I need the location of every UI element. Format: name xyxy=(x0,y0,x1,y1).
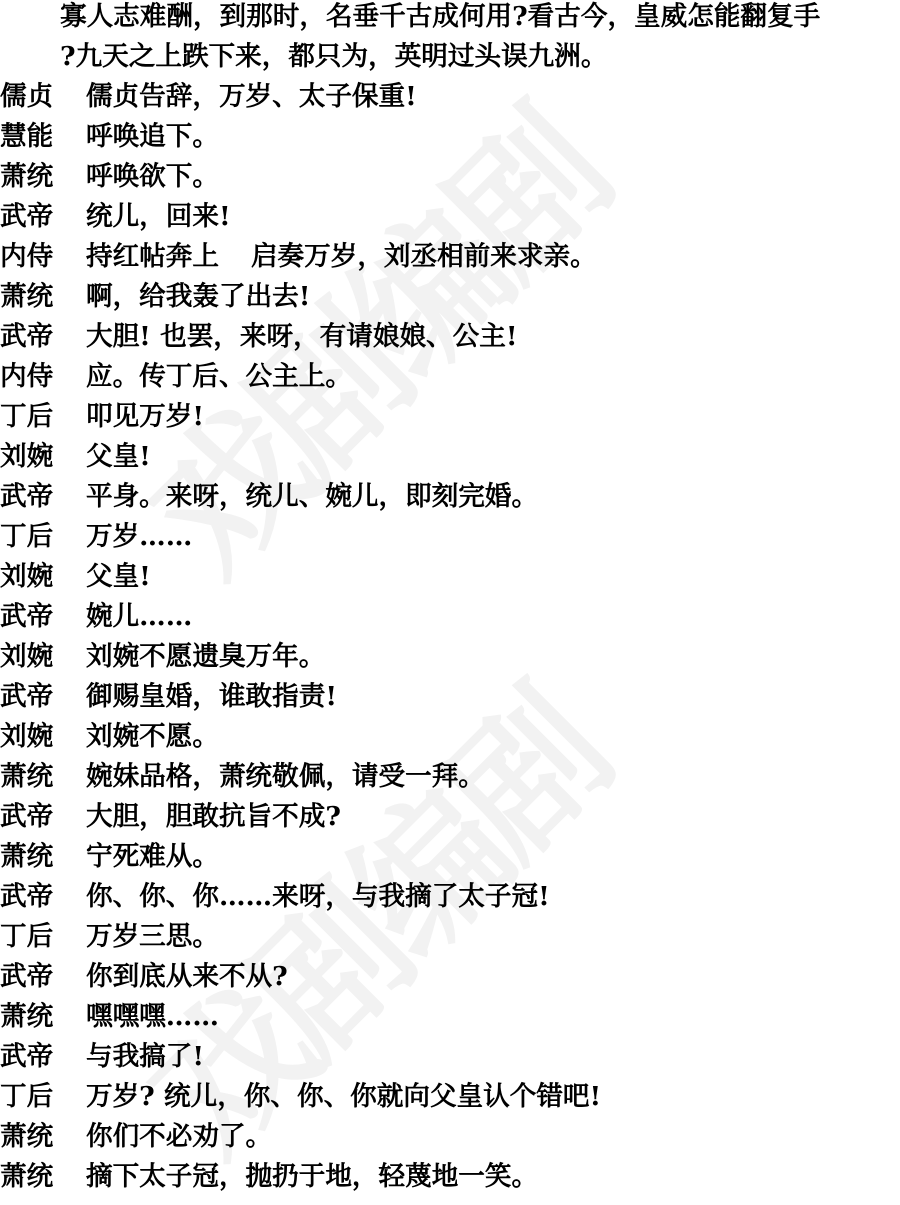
dialogue-line: 武帝大胆! 也罢，来呀，有请娘娘、公主! xyxy=(0,317,900,357)
script-page: 寡人志难酬，到那时，名垂千古成何用?看古今，皇威怎能翻复手 ?九天之上跌下来，都… xyxy=(0,0,900,1197)
dialogue-text: 大胆! 也罢，来呀，有请娘娘、公主! xyxy=(86,317,518,357)
speaker-name: 丁后 xyxy=(0,517,86,557)
dialogue-line: 丁后万岁…… xyxy=(0,517,900,557)
speaker-name: 刘婉 xyxy=(0,437,86,477)
dialogue-text: 婉妹品格，萧统敬佩，请受一拜。 xyxy=(86,757,485,797)
lyric-text: ?九天之上跌下来，都只为，英明过头误九洲。 xyxy=(60,37,607,77)
speaker-name: 武帝 xyxy=(0,1037,86,1077)
dialogue-text: 父皇! xyxy=(86,437,151,477)
speaker-name: 刘婉 xyxy=(0,637,86,677)
dialogue-line: 武帝大胆，胆敢抗旨不成? xyxy=(0,797,900,837)
dialogue-line: 内侍应。传丁后、公主上。 xyxy=(0,357,900,397)
speaker-name: 武帝 xyxy=(0,477,86,517)
dialogue-line: 武帝你、你、你……来呀，与我摘了太子冠! xyxy=(0,877,900,917)
dialogue-line: 刘婉刘婉不愿。 xyxy=(0,717,900,757)
dialogue-text: 啊，给我轰了出去! xyxy=(86,277,310,317)
dialogue-line: 萧统婉妹品格，萧统敬佩，请受一拜。 xyxy=(0,757,900,797)
dialogue-text: 与我搞了! xyxy=(86,1037,204,1077)
dialogue-line: 刘婉刘婉不愿遗臭万年。 xyxy=(0,637,900,677)
speaker-name: 武帝 xyxy=(0,797,86,837)
lyric-line: ?九天之上跌下来，都只为，英明过头误九洲。 xyxy=(0,37,900,77)
speaker-name: 丁后 xyxy=(0,397,86,437)
speaker-name: 武帝 xyxy=(0,957,86,997)
dialogue-text: 婉儿…… xyxy=(86,597,192,637)
dialogue-text: 呼唤追下。 xyxy=(86,117,219,157)
dialogue-text: 嘿嘿嘿…… xyxy=(86,997,219,1037)
dialogue-text: 大胆，胆敢抗旨不成? xyxy=(86,797,341,837)
dialogue-text: 刘婉不愿。 xyxy=(86,717,219,757)
speaker-name: 武帝 xyxy=(0,317,86,357)
speaker-name: 武帝 xyxy=(0,677,86,717)
dialogue-text: 你到底从来不从? xyxy=(86,957,288,997)
dialogue-line: 丁后叩见万岁! xyxy=(0,397,900,437)
dialogue-line: 武帝平身。来呀，统儿、婉儿，即刻完婚。 xyxy=(0,477,900,517)
dialogue-text: 万岁? 统儿，你、你、你就向父皇认个错吧! xyxy=(86,1077,601,1117)
dialogue-line: 内侍持红帖奔上启奏万岁，刘丞相前来求亲。 xyxy=(0,237,900,277)
speaker-name: 慧能 xyxy=(0,117,86,157)
dialogue-text: 万岁三思。 xyxy=(86,917,219,957)
speaker-name: 丁后 xyxy=(0,1077,86,1117)
dialogue-text: 启奏万岁，刘丞相前来求亲。 xyxy=(251,237,597,277)
dialogue-line: 萧统啊，给我轰了出去! xyxy=(0,277,900,317)
dialogue-text: 你、你、你……来呀，与我摘了太子冠! xyxy=(86,877,550,917)
dialogue-text: 叩见万岁! xyxy=(86,397,204,437)
dialogue-line: 武帝与我搞了! xyxy=(0,1037,900,1077)
speaker-name: 武帝 xyxy=(0,877,86,917)
dialogue-text: 平身。来呀，统儿、婉儿，即刻完婚。 xyxy=(86,477,538,517)
speaker-name: 刘婉 xyxy=(0,717,86,757)
dialogue-text: 你们不必劝了。 xyxy=(86,1117,272,1157)
dialogue-line: 武帝统儿，回来! xyxy=(0,197,900,237)
speaker-name: 萧统 xyxy=(0,1157,86,1197)
dialogue-text: 呼唤欲下。 xyxy=(86,157,219,197)
dialogue-line: 儒贞儒贞告辞，万岁、太子保重! xyxy=(0,77,900,117)
speaker-name: 萧统 xyxy=(0,1117,86,1157)
dialogue-line: 萧统你们不必劝了。 xyxy=(0,1117,900,1157)
dialogue-text: 刘婉不愿遗臭万年。 xyxy=(86,637,325,677)
lyric-text: 寡人志难酬，到那时，名垂千古成何用?看古今，皇威怎能翻复手 xyxy=(60,0,820,37)
speaker-name: 内侍 xyxy=(0,237,86,277)
dialogue-text: 父皇! xyxy=(86,557,151,597)
speaker-name: 萧统 xyxy=(0,157,86,197)
speaker-name: 萧统 xyxy=(0,277,86,317)
dialogue-line: 萧统呼唤欲下。 xyxy=(0,157,900,197)
dialogue-text: 御赐皇婚，谁敢指责! xyxy=(86,677,337,717)
lyric-line: 寡人志难酬，到那时，名垂千古成何用?看古今，皇威怎能翻复手 xyxy=(0,0,900,37)
speaker-name: 萧统 xyxy=(0,757,86,797)
dialogue-text: 统儿，回来! xyxy=(86,197,231,237)
dialogue-line: 萧统宁死难从。 xyxy=(0,837,900,877)
dialogue-text: 应。传丁后、公主上。 xyxy=(86,357,352,397)
dialogue-line: 武帝你到底从来不从? xyxy=(0,957,900,997)
dialogue-line: 刘婉父皇! xyxy=(0,557,900,597)
speaker-name: 内侍 xyxy=(0,357,86,397)
speaker-name: 萧统 xyxy=(0,837,86,877)
dialogue-line: 萧统摘下太子冠，抛扔于地，轻蔑地一笑。 xyxy=(0,1157,900,1197)
dialogue-line: 武帝御赐皇婚，谁敢指责! xyxy=(0,677,900,717)
dialogue-line: 丁后万岁? 统儿，你、你、你就向父皇认个错吧! xyxy=(0,1077,900,1117)
dialogue-text: 儒贞告辞，万岁、太子保重! xyxy=(86,77,417,117)
speaker-name: 儒贞 xyxy=(0,77,86,117)
dialogue-line: 慧能呼唤追下。 xyxy=(0,117,900,157)
speaker-name: 萧统 xyxy=(0,997,86,1037)
dialogue-line: 丁后万岁三思。 xyxy=(0,917,900,957)
dialogue-text: 摘下太子冠，抛扔于地，轻蔑地一笑。 xyxy=(86,1157,538,1197)
dialogue-line: 刘婉父皇! xyxy=(0,437,900,477)
dialogue-line: 萧统嘿嘿嘿…… xyxy=(0,997,900,1037)
dialogue-line: 武帝婉儿…… xyxy=(0,597,900,637)
speaker-name: 丁后 xyxy=(0,917,86,957)
speaker-name: 武帝 xyxy=(0,197,86,237)
dialogue-text: 宁死难从。 xyxy=(86,837,219,877)
speaker-name: 刘婉 xyxy=(0,557,86,597)
stage-direction: 持红帖奔上 xyxy=(86,237,219,277)
speaker-name: 武帝 xyxy=(0,597,86,637)
dialogue-text: 万岁…… xyxy=(86,517,192,557)
